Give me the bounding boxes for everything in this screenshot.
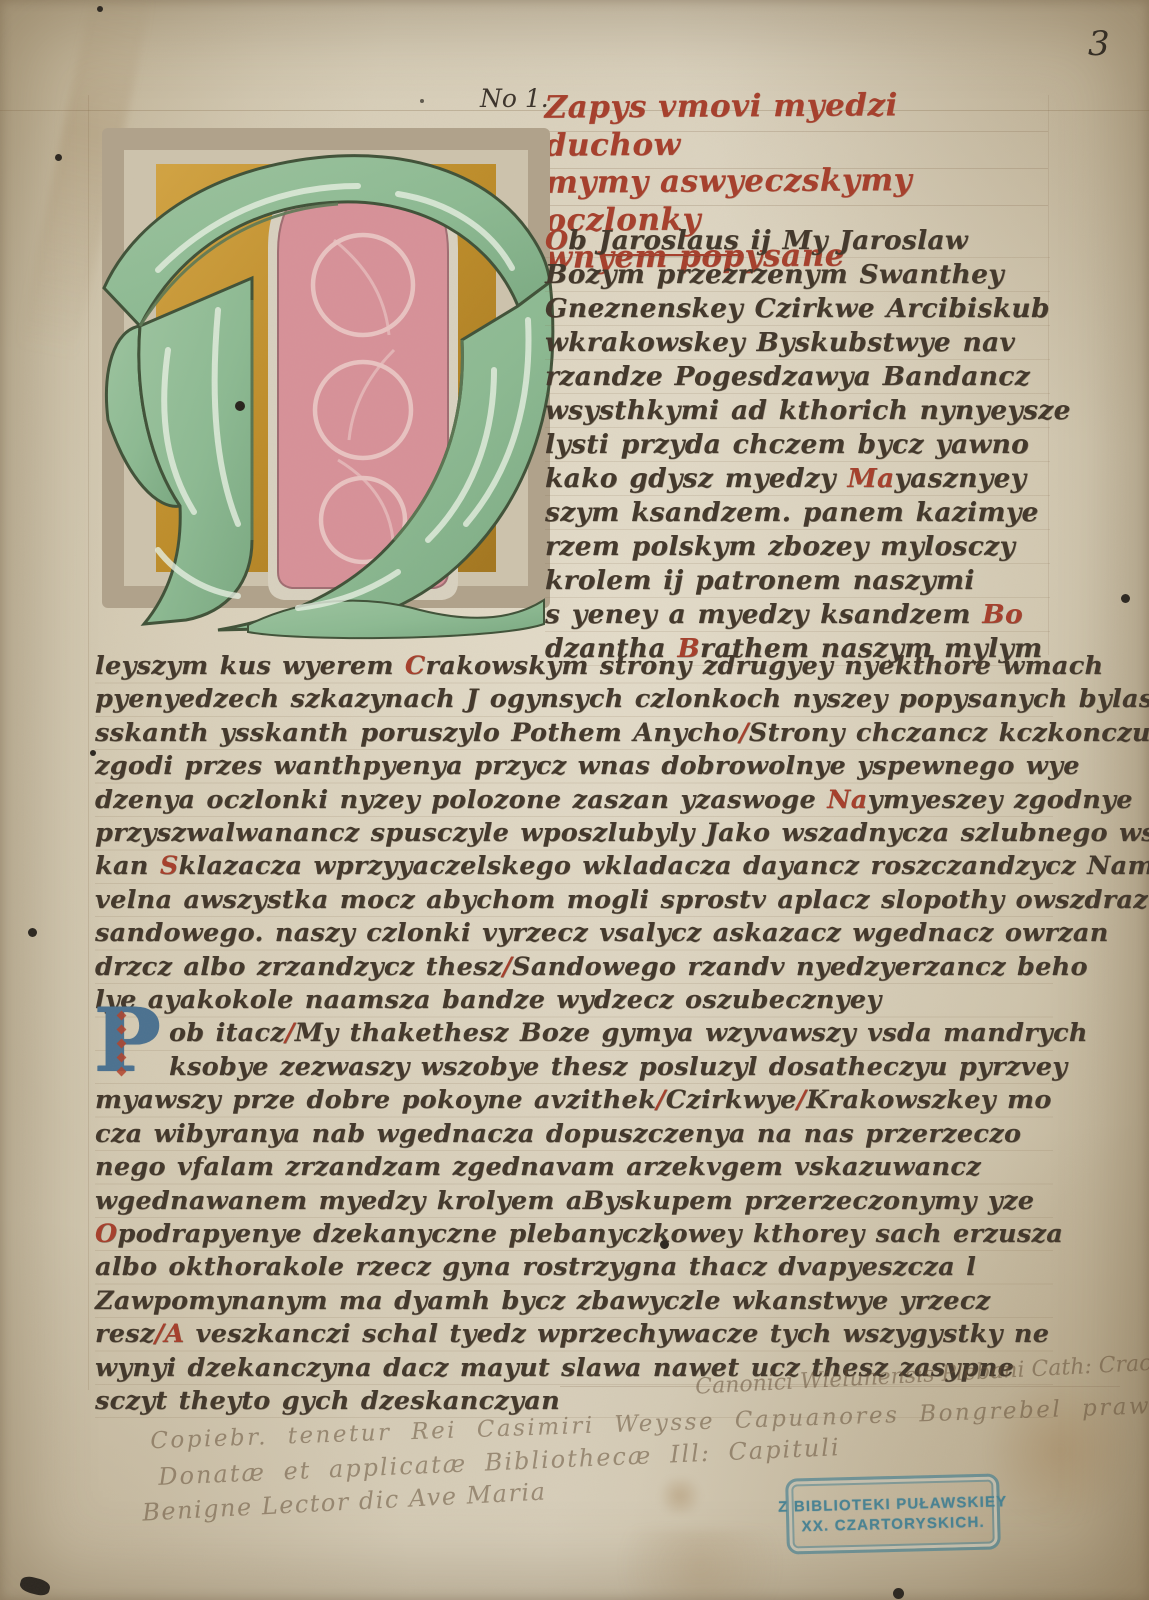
text-line: nego vfalam zrzandzam zgednavam arzekvge… [95, 1151, 1053, 1184]
ink-speck [1121, 594, 1130, 603]
text-line: pyenyedzech szkazynach J ogynsych czlonk… [95, 683, 1053, 716]
text-line: ksobye zezwaszy wszobye thesz posluzyl d… [95, 1051, 1053, 1084]
folio-number: 3 [1088, 24, 1110, 64]
text-line: krolem ij patronem naszymi [545, 564, 1050, 598]
text-line: albo okthorakole rzecz gyna rostrzygna t… [95, 1251, 1053, 1284]
text-line: velna awszystka mocz abychom mogli spros… [95, 884, 1053, 917]
text-line: rzandze Pogesdzawya Bandancz [545, 360, 1050, 394]
text-line: Bozym przezrzenym Swanthey [545, 258, 1050, 292]
column-text-block: Ob Jaroslaus ij My JaroslawBozym przezrz… [545, 224, 1050, 666]
ink-blot [18, 1574, 51, 1597]
text-line: resz/A veszkanczi schal tyedz wprzechywa… [95, 1318, 1053, 1351]
stamp-text-line1: Z BIBLIOTEKI PUŁAWSKIEY [778, 1493, 1008, 1516]
stain-bottom-center [590, 1530, 810, 1600]
text-line: zgodi przes wanthpyenya przycz wnas dobr… [95, 750, 1053, 783]
text-line: szym ksandzem. panem kazimye [545, 496, 1050, 530]
text-line: Zawpomynanym ma dyamh bycz zbawyczle wka… [95, 1285, 1053, 1318]
text-line: cza wibyranya nab wgednacza dopuszczenya… [95, 1118, 1053, 1151]
text-line: s yeney a myedzy ksandzem Bo [545, 598, 1050, 632]
ink-speck [55, 154, 62, 161]
ruling-line [88, 95, 89, 1390]
text-line: kan Sklazacza wprzyyaczelskego wkladacza… [95, 850, 1053, 883]
text-line: lye ayakokole naamsza bandze wydzecz osz… [95, 984, 1053, 1017]
body-text-block: leyszym kus wyerem Crakowskym strony zdr… [95, 650, 1053, 1418]
text-line: wsysthkymi ad kthorich nynyeysze [545, 394, 1050, 428]
text-line: Gneznenskey Czirkwe Arcibiskub [545, 292, 1050, 326]
ink-dot [235, 401, 245, 411]
text-line: przyszwalwanancz spusczyle wposzlubyly J… [95, 817, 1053, 850]
stain-small-mid [655, 1478, 705, 1514]
ink-speck [28, 928, 37, 937]
text-line: wgednawanem myedzy krolyem aByskupem prz… [95, 1185, 1053, 1218]
text-line: kako gdysz myedzy Mayasznyey [545, 462, 1050, 496]
text-line: ob itacz/My thakethesz Boze gymya wzyvaw… [95, 1017, 1053, 1050]
text-line: myawszy prze dobre pokoyne avzithek/Czir… [95, 1084, 1053, 1117]
text-line: dzenya oczlonki nyzey polozone zaszan yz… [95, 784, 1053, 817]
ink-speck [660, 1240, 669, 1249]
rubric-line: Zapys vmovi myedzi duchow [544, 86, 1031, 164]
initial-p-red-flourish [118, 1012, 125, 1075]
manuscript-page: 3 No 1. Zapys vmovi myedzi duchowmymy as… [0, 0, 1149, 1600]
text-line: drzcz albo zrzandzycz thesz/Sandowego rz… [95, 951, 1053, 984]
text-line: leyszym kus wyerem Crakowskym strony zdr… [95, 650, 1053, 683]
text-line: sskanth ysskanth poruszylo Pothem Anycho… [95, 717, 1053, 750]
ink-speck [97, 6, 103, 12]
illuminated-initial-p: P [94, 996, 160, 1084]
text-line: Ob Jaroslaus ij My Jaroslaw [545, 224, 1050, 258]
library-stamp: Z BIBLIOTEKI PUŁAWSKIEY XX. CZARTORYSKIC… [785, 1473, 1001, 1554]
ink-speck [893, 1588, 904, 1599]
ink-speck [90, 750, 96, 756]
text-line: Opodrapyenye dzekanyczne plebanyczkowey … [95, 1218, 1053, 1251]
text-line: wkrakowskey Byskubstwye nav [545, 326, 1050, 360]
archival-number: No 1. [480, 84, 549, 113]
text-line: rzem polskym zbozey mylosczy [545, 530, 1050, 564]
stamp-text-line2: XX. CZARTORYSKICH. [801, 1513, 985, 1534]
text-line: sandowego. naszy czlonki vyrzecz vsalycz… [95, 917, 1053, 950]
ink-speck [420, 99, 424, 103]
illuminated-initial-n-icon [98, 120, 556, 642]
text-line: lysti przyda chczem bycz yawno [545, 428, 1050, 462]
